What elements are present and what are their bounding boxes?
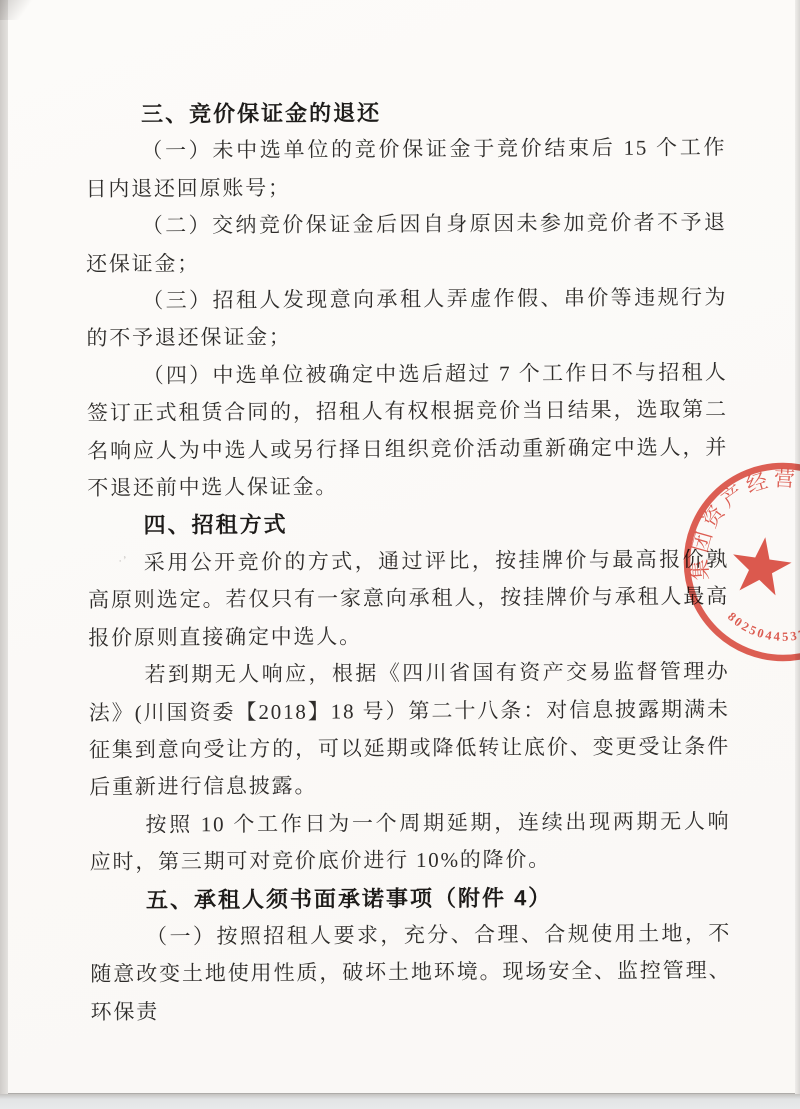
- scan-artifact: ·’: [117, 552, 135, 567]
- paragraph-item-1: （一）未中选单位的竞价保证金于竞价结束后 15 个工作日内退还回原账号；: [85, 129, 726, 208]
- scan-edge-bottom: [0, 1094, 800, 1109]
- scanned-document-page: 三、竞价保证金的退还 （一）未中选单位的竞价保证金于竞价结束后 15 个工作日内…: [0, 0, 800, 1109]
- red-star-icon: [728, 533, 794, 597]
- paragraph-extension-cycle: 按照 10 个工作日为一个周期延期，连续出现两期无人响应时，第三期可对竞价底价进…: [89, 803, 730, 882]
- paragraph-open-bidding: 采用公开竞价的方式，通过评比，按挂牌价与最高报价孰高原则选定。若仅只有一家意向承…: [88, 541, 730, 657]
- official-seal: 集团资产经营有限公司 8025044537: [652, 438, 800, 693]
- scan-edge-left: [0, 0, 8, 1109]
- paragraph-land-use: （一）按照招租人要求，充分、合理、合规使用土地，不随意改变土地使用性质，破坏土地…: [90, 915, 732, 1031]
- section-heading-deposit-refund: 三、竞价保证金的退还: [85, 92, 726, 133]
- paragraph-item-3: （三）招租人发现意向承租人弄虚作假、串价等违规行为的不予退还保证金；: [86, 279, 727, 358]
- document-text: 三、竞价保证金的退还 （一）未中选单位的竞价保证金于竞价结束后 15 个工作日内…: [85, 92, 732, 1031]
- section-heading-written-commitments: 五、承租人须书面承诺事项（附件 4）: [90, 878, 731, 919]
- svg-text:8025044537: 8025044537: [725, 609, 800, 643]
- paragraph-no-response: 若到期无人响应，根据《四川省国有资产交易监督管理办法》(川国资委【2018】18…: [88, 653, 730, 807]
- paragraph-item-2: （二）交纳竞价保证金后因自身原因未参加竞价者不予退还保证金；: [86, 204, 727, 283]
- corner-shadow: [0, 0, 46, 20]
- paragraph-item-4: （四）中选单位被确定中选后超过 7 个工作日不与招租人签订正式租赁合同的，招租人…: [87, 354, 729, 508]
- section-heading-leasing-method: 四、招租方式: [88, 504, 729, 545]
- seal-serial-number: 8025044537: [725, 609, 800, 643]
